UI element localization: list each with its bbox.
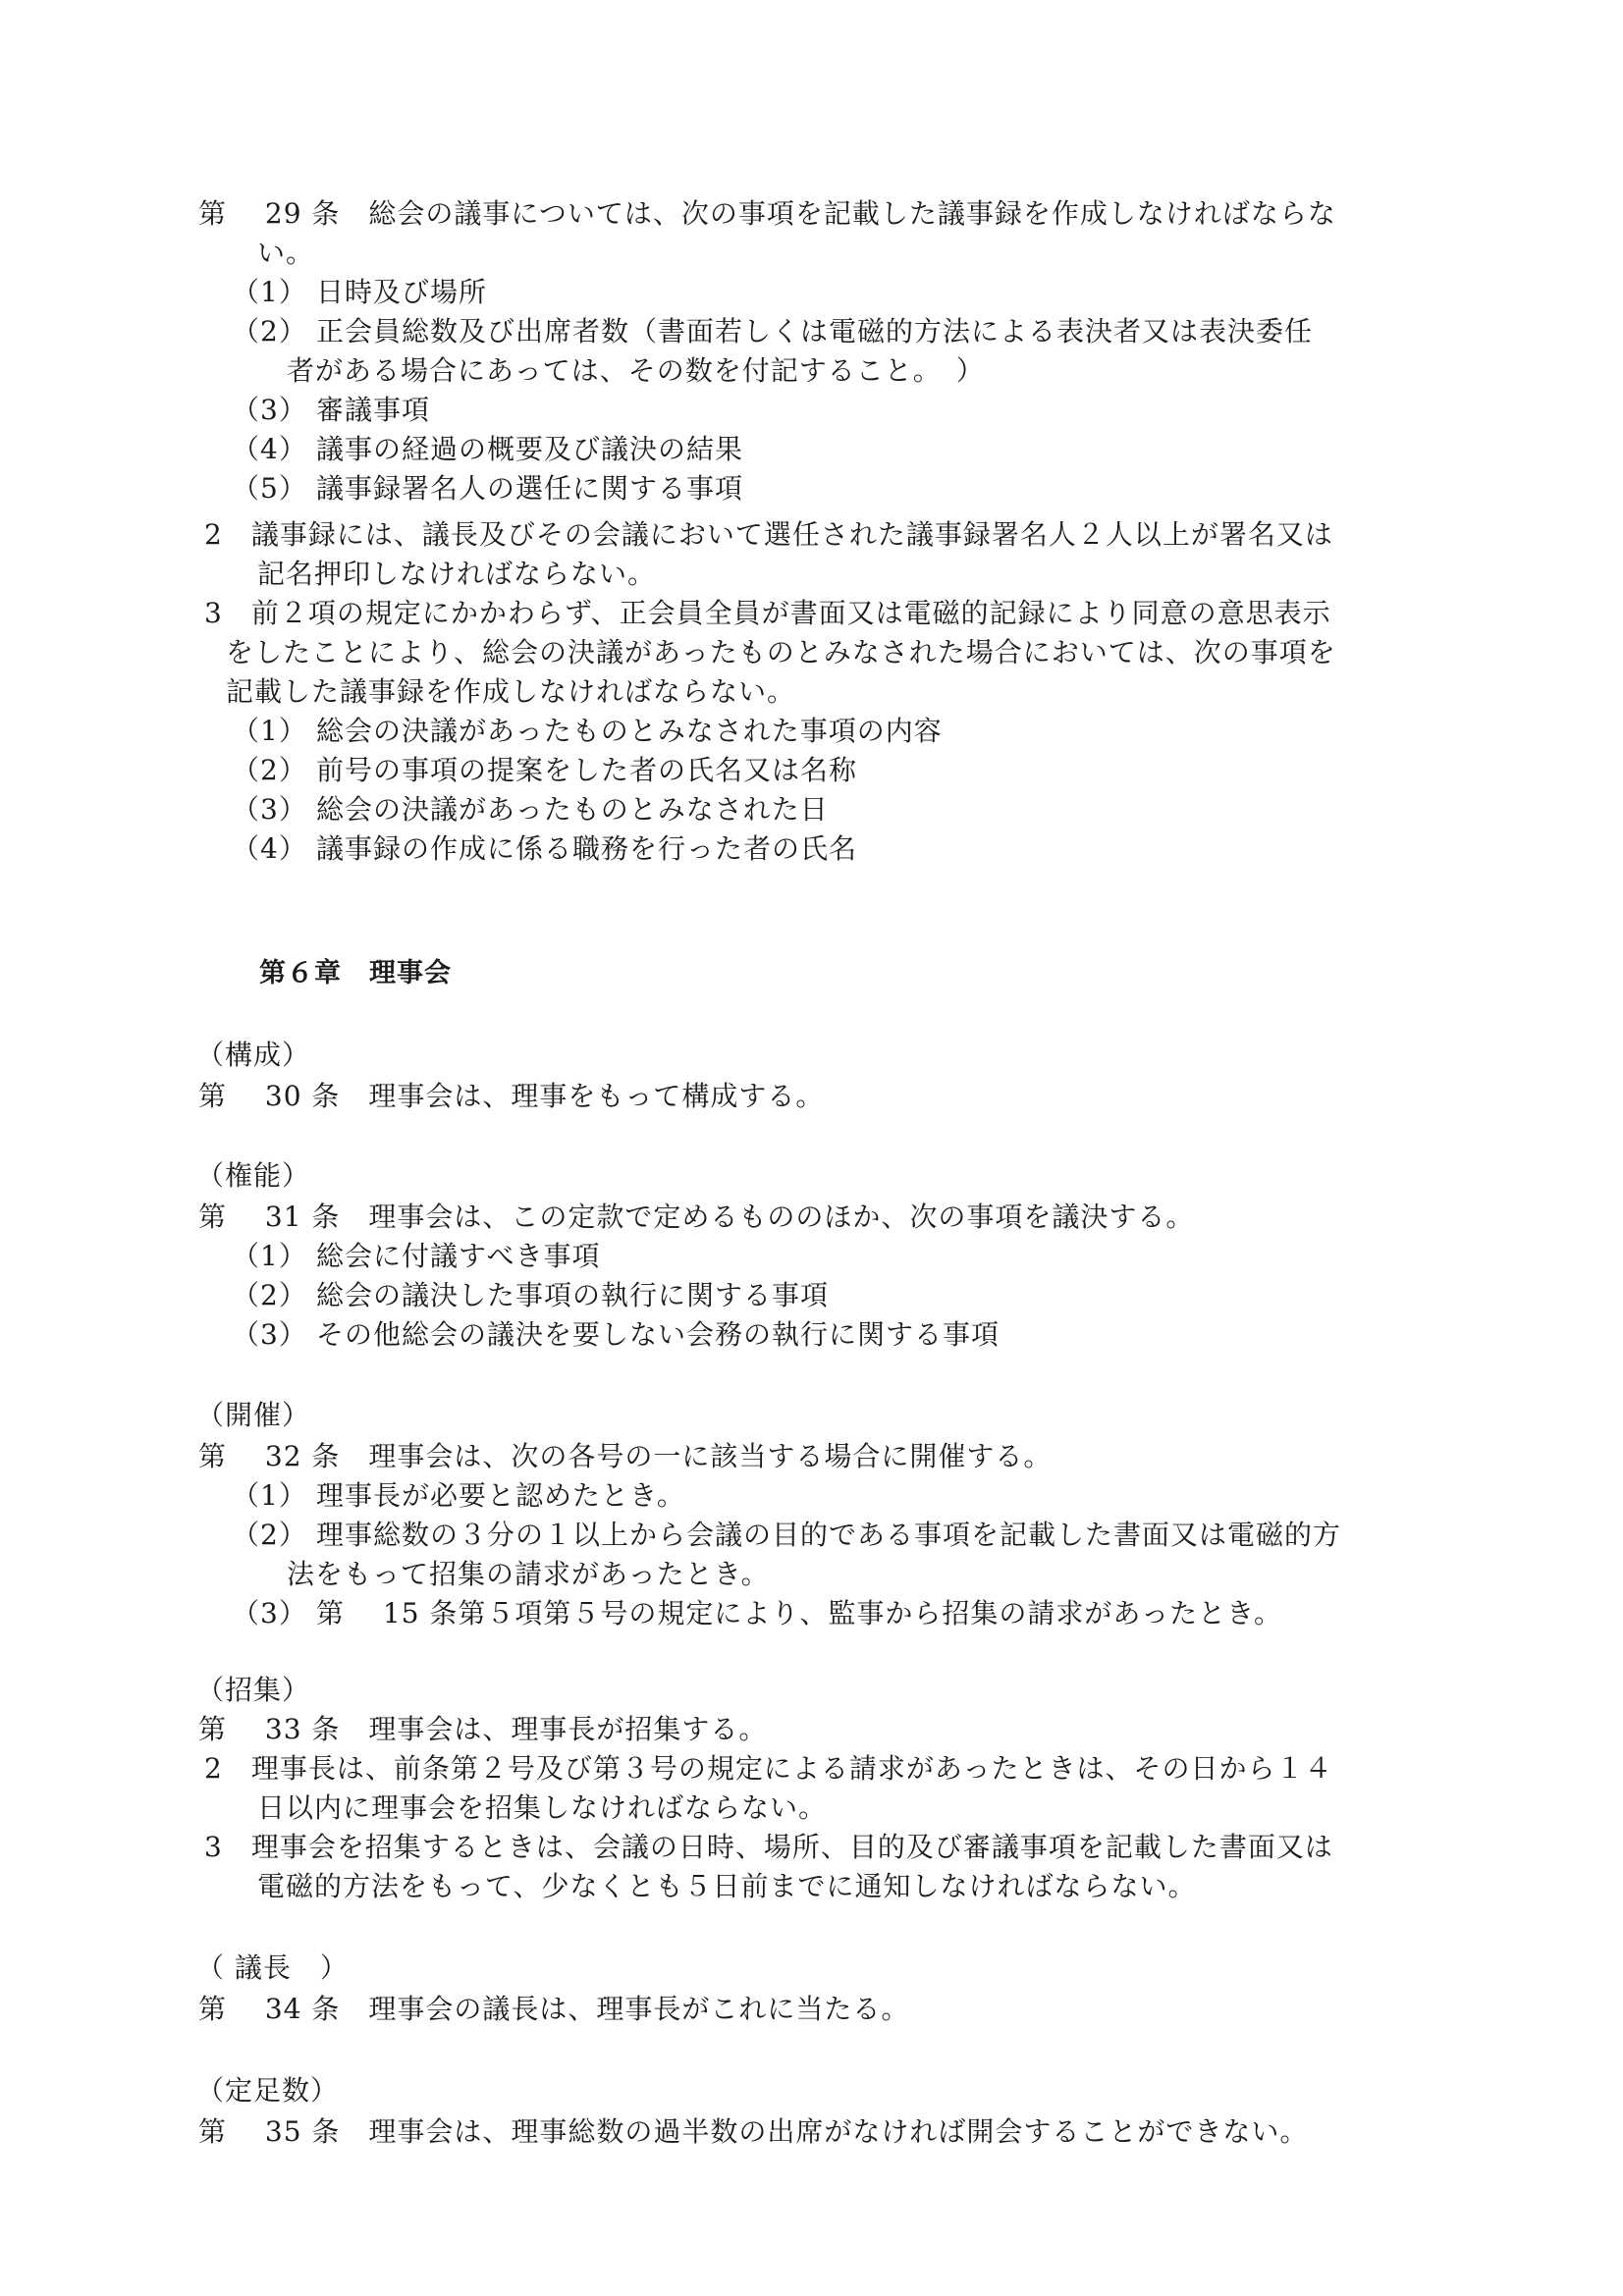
article-29-para-3-item-2-text: 前号の事項の提案をした者の氏名又は名称 (316, 751, 857, 790)
article-29-para-3-item-1-num: （1） (232, 712, 307, 751)
article-29-para-2-line-1: 2 議事録には、議長及びその会議において選任された議事録署名人２人以上が署名又は (204, 515, 1333, 555)
article-29-item-5-text: 議事録署名人の選任に関する事項 (316, 469, 743, 508)
article-31-item-1-text: 総会に付議すべき事項 (316, 1237, 600, 1276)
article-34-line-1: 第 34 条 理事会の議長は、理事長がこれに当たる。 (198, 1990, 909, 2029)
article-29-para-3-line-3: 記載した議事録を作成しなければならない。 (226, 672, 795, 712)
article-32-item-3-text: 第 15 条第５項第５号の規定により、監事から招集の請求があったとき。 (316, 1594, 1282, 1633)
article-31-item-2-text: 総会の議決した事項の執行に関する事項 (316, 1276, 829, 1315)
article-32-caption: （開催） (196, 1396, 310, 1435)
article-33-caption: （招集） (196, 1671, 310, 1710)
article-29-item-1-text: 日時及び場所 (316, 273, 487, 312)
article-29-item-1-num: （1） (232, 273, 307, 312)
article-29-para-3-item-2-num: （2） (232, 751, 307, 790)
article-32-item-2-text: 理事総数の３分の１以上から会議の目的である事項を記載した書面又は電磁的方 (316, 1516, 1341, 1555)
article-29-para-3-item-4-text: 議事録の作成に係る職務を行った者の氏名 (316, 829, 857, 869)
article-32-item-3-num: （3） (232, 1594, 307, 1633)
article-29-para-2-line-2: 記名押印しなければならない。 (257, 555, 656, 594)
document-page: 第 29 条 総会の議事については、次の事項を記載した議事録を作成しなければなら… (0, 0, 1623, 2296)
article-29-item-4-num: （4） (232, 430, 307, 469)
article-34-caption: （ 議長 ） (196, 1949, 349, 1988)
article-33-para-3-line-2: 電磁的方法をもって、少なくとも５日前までに通知しなければならない。 (257, 1867, 1196, 1906)
article-29-para-3-item-1-text: 総会の決議があったものとみなされた事項の内容 (316, 712, 943, 751)
article-29-item-3-text: 審議事項 (316, 391, 430, 430)
article-31-item-2-num: （2） (232, 1276, 307, 1315)
article-29-para-3-line-1: 3 前２項の規定にかかわらず、正会員全員が書面又は電磁的記録により同意の意思表示 (204, 594, 1331, 633)
article-32-item-2-cont: 法をもって招集の請求があったとき。 (287, 1555, 770, 1594)
article-29-item-2-text: 正会員総数及び出席者数（書面若しくは電磁的方法による表決者又は表決委任 (316, 312, 1313, 351)
article-35-caption: （定足数） (196, 2071, 339, 2110)
article-31-item-1-num: （1） (232, 1237, 307, 1276)
article-32-item-1-num: （1） (232, 1476, 307, 1516)
article-29-item-3-num: （3） (232, 391, 307, 430)
article-30-line-1: 第 30 条 理事会は、理事をもって構成する。 (198, 1077, 824, 1116)
article-31-item-3-num: （3） (232, 1315, 307, 1355)
article-29-item-2-num: （2） (232, 312, 307, 351)
chapter-heading: 第６章 理事会 (259, 954, 452, 993)
article-30-caption: （構成） (196, 1036, 310, 1075)
article-29-item-2-cont: 者がある場合にあっては、その数を付記すること。 ） (287, 351, 985, 391)
article-33-para-3-line-1: 3 理事会を招集するときは、会議の日時、場所、目的及び審議事項を記載した書面又は (204, 1828, 1333, 1867)
article-29-item-4-text: 議事の経過の概要及び議決の結果 (316, 430, 743, 469)
article-32-item-1-text: 理事長が必要と認めたとき。 (316, 1476, 685, 1516)
article-29-line-2: い。 (257, 234, 314, 273)
article-32-item-2-num: （2） (232, 1516, 307, 1555)
article-32-line-1: 第 32 条 理事会は、次の各号の一に該当する場合に開催する。 (198, 1437, 1052, 1476)
article-31-line-1: 第 31 条 理事会は、この定款で定めるもののほか、次の事項を議決する。 (198, 1198, 1194, 1237)
article-33-para-2-line-2: 日以内に理事会を招集しなければならない。 (257, 1789, 827, 1828)
article-29-item-5-num: （5） (232, 469, 307, 508)
article-29-para-3-line-2: をしたことにより、総会の決議があったものとみなされた場合においては、次の事項を (226, 633, 1336, 672)
article-29-para-3-item-3-text: 総会の決議があったものとみなされた日 (316, 790, 829, 829)
article-31-caption: （権能） (196, 1156, 310, 1196)
article-29-para-3-item-3-num: （3） (232, 790, 307, 829)
article-33-para-2-line-1: 2 理事長は、前条第２号及び第３号の規定による請求があったときは、その日から１４ (204, 1749, 1333, 1789)
article-29-para-3-item-4-num: （4） (232, 829, 307, 869)
article-35-line-1: 第 35 条 理事会は、理事総数の過半数の出席がなければ開会することができない。 (198, 2112, 1308, 2152)
article-29-line-1: 第 29 条 総会の議事については、次の事項を記載した議事録を作成しなければなら… (198, 194, 1336, 234)
article-33-line-1: 第 33 条 理事会は、理事長が招集する。 (198, 1710, 767, 1749)
article-31-item-3-text: その他総会の議決を要しない会務の執行に関する事項 (316, 1315, 1000, 1355)
